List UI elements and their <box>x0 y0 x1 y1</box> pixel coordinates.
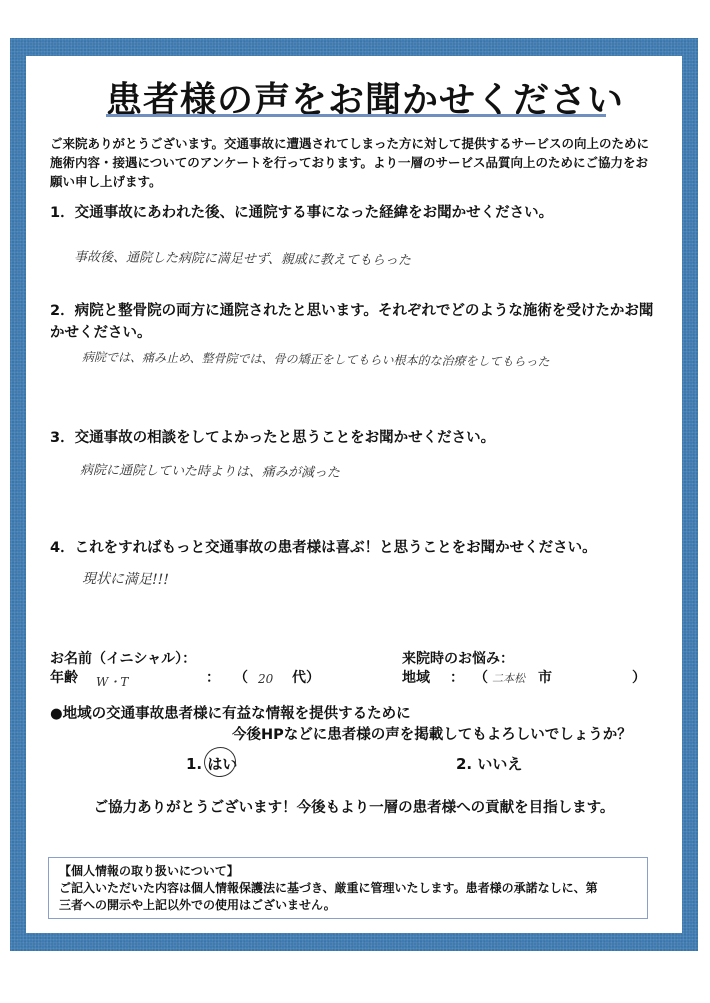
concern-label: 来院時のお悩み： <box>402 648 514 668</box>
age-suffix: 代） <box>292 667 320 687</box>
answer-3[interactable]: 病院に通院していた時よりは、痛みが減った <box>80 459 340 481</box>
region-label: 地域 <box>402 667 430 687</box>
thanks-message: ご協力ありがとうございます！今後もより一層の患者様への貢献を目指します。 <box>26 796 682 817</box>
age-colon: ： <box>206 667 220 687</box>
privacy-line-1: ご記入いただいた内容は個人情報保護法に基づき、厳重に管理いたします。患者様の承諾… <box>59 880 637 897</box>
option-no[interactable]: 2. いいえ <box>456 753 522 774</box>
age-value[interactable]: 20 <box>258 672 273 686</box>
answer-4[interactable]: 現状に満足!!! <box>82 568 169 589</box>
region-value[interactable]: 二本松 <box>492 670 525 686</box>
privacy-heading: 【個人情報の取り扱いについて】 <box>59 863 637 880</box>
privacy-line-2: 三者への開示や上記以外での使用はございません。 <box>59 897 637 914</box>
title-underline <box>106 114 606 117</box>
consent-line-2: 今後HPなどに患者様の声を掲載してもよろしいでしょうか？ <box>232 723 632 744</box>
question-4: 4．これをすればもっと交通事故の患者様は喜ぶ！と思うことをお聞かせください。 <box>50 537 670 559</box>
intro-text: ご来院ありがとうございます。交通事故に遭遇されてしまった方に対して提供するサービ… <box>50 134 660 191</box>
consent-line-1: ●地域の交通事故患者様に有益な情報を提供するために <box>50 702 411 723</box>
age-label: 年齢 <box>50 667 78 687</box>
selected-circle-mark <box>202 744 239 779</box>
privacy-notice-box: 【個人情報の取り扱いについて】 ご記入いただいた内容は個人情報保護法に基づき、厳… <box>48 857 648 919</box>
survey-sheet: 患者様の声をお聞かせください ご来院ありがとうございます。交通事故に遭遇されてし… <box>26 56 682 933</box>
name-label: お名前（イニシャル）： <box>50 648 196 668</box>
answer-1[interactable]: 事故後、通院した病院に満足せず、親戚に教えてもらった <box>74 246 411 269</box>
region-suffix: 市 <box>538 667 552 687</box>
region-close-paren: ） <box>632 667 646 687</box>
question-3: 3．交通事故の相談をしてよかったと思うことをお聞かせください。 <box>50 427 670 449</box>
question-2: 2．病院と整骨院の両方に通院されたと思います。それぞれでどのような施術を受けたか… <box>50 300 662 344</box>
region-colon: ： <box>450 667 464 687</box>
age-open-paren: （ <box>234 667 248 687</box>
answer-2[interactable]: 病院では、痛み止め、整骨院では、骨の矯正をしてもらい根本的な治療をしてもらった <box>82 348 550 370</box>
question-1: 1．交通事故にあわれた後、に通院する事になった経緯をお聞かせください。 <box>50 202 670 224</box>
region-open-paren: （ <box>474 667 488 687</box>
name-value[interactable]: W・T <box>96 673 128 690</box>
